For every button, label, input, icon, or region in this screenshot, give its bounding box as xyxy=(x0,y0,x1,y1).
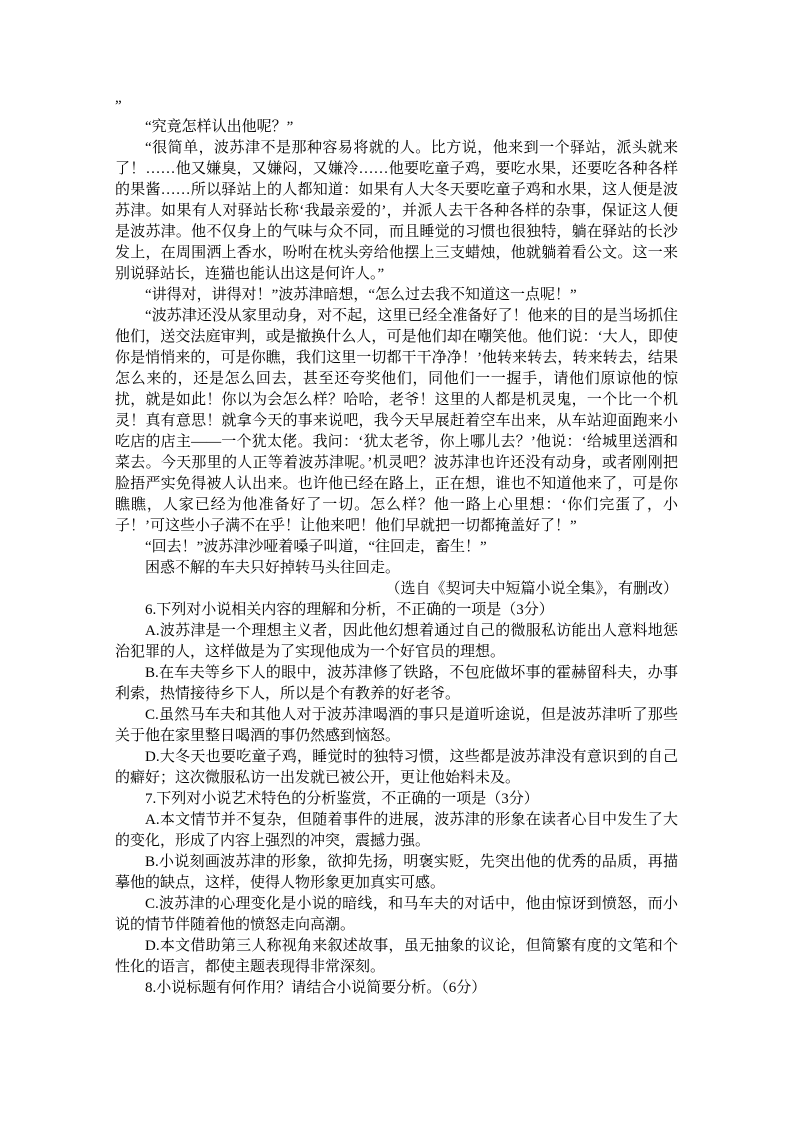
text-column: ” “究竟怎样认出他呢？” “很简单，波苏津不是那种容易将就的人。比方说，他来到… xyxy=(115,96,678,999)
question-7-option-a: A.本文情节并不复杂，但随着事件的进展，波苏津的形象在读者心目中发生了大的变化，… xyxy=(115,810,678,852)
question-6-option-d: D.大冬天也要吃童子鸡，睡觉时的独特习惯，这些都是波苏津没有意识到的自己的癖好；… xyxy=(115,747,678,789)
question-6-option-a: A.波苏津是一个理想主义者，因此他幻想着通过自己的微服私访能出人意料地惩治犯罪的… xyxy=(115,621,678,663)
paragraph-closing-quote-fragment: ” xyxy=(115,96,678,117)
story-paragraph-dialogue-3: “讲得对，讲得对！”波苏津暗想，“怎么过去我不知道这一点呢！” xyxy=(115,285,678,306)
source-attribution: （选自《契诃夫中短篇小说全集》，有删改） xyxy=(115,579,678,600)
question-6-option-c: C.虽然马车夫和其他人对于波苏津喝酒的事只是道听途说，但是波苏津听了那些关于他在… xyxy=(115,705,678,747)
question-8-stem: 8.小说标题有何作用？请结合小说简要分析。（6分） xyxy=(115,978,678,999)
story-paragraph-dialogue-2: “很简单，波苏津不是那种容易将就的人。比方说，他来到一个驿站，派头就来了！……他… xyxy=(115,138,678,285)
story-paragraph-dialogue-1: “究竟怎样认出他呢？” xyxy=(115,117,678,138)
story-paragraph-dialogue-5: “回去！”波苏津沙哑着嗓子叫道，“往回走，畜生！” xyxy=(115,537,678,558)
document-page: ” “究竟怎样认出他呢？” “很简单，波苏津不是那种容易将就的人。比方说，他来到… xyxy=(0,0,794,1123)
question-6-option-b: B.在车夫等乡下人的眼中，波苏津修了铁路，不包庇做坏事的霍赫留科夫，办事利索，热… xyxy=(115,663,678,705)
story-paragraph-dialogue-4: “波苏津还没从家里动身，对不起，这里已经全准备好了！他来的目的是当场抓住他们，送… xyxy=(115,306,678,537)
question-6-stem: 6.下列对小说相关内容的理解和分析，不正确的一项是（3分） xyxy=(115,600,678,621)
question-7-option-b: B.小说刻画波苏津的形象，欲抑先扬，明褒实贬，先突出他的优秀的品质，再描摹他的缺… xyxy=(115,852,678,894)
question-7-stem: 7.下列对小说艺术特色的分析鉴赏，不正确的一项是（3分） xyxy=(115,789,678,810)
story-paragraph-narration: 困惑不解的车夫只好掉转马头往回走。 xyxy=(115,558,678,579)
question-7-option-c: C.波苏津的心理变化是小说的暗线，和马车夫的对话中，他由惊讶到愤怒，而小说的情节… xyxy=(115,894,678,936)
question-7-option-d: D.本文借助第三人称视角来叙述故事，虽无抽象的议论，但简繁有度的文笔和个性化的语… xyxy=(115,936,678,978)
